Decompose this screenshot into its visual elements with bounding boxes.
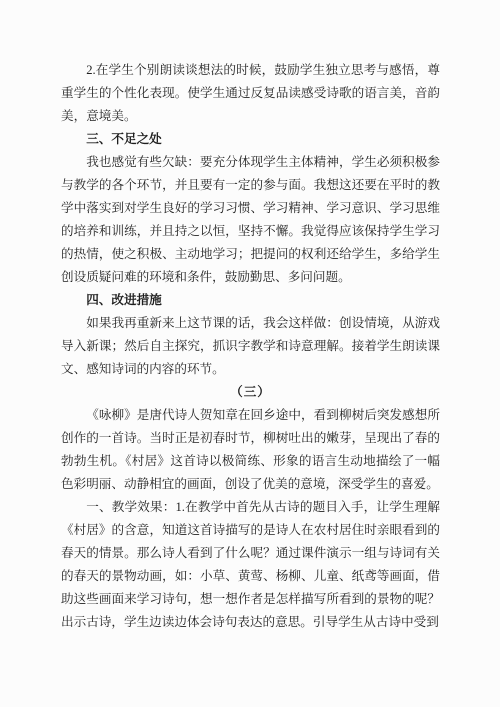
paragraph-improvements-body: 如果我再重新来上这节课的话，我会这样做：创设情境，从游戏导入新课；然后自主探究，… [61, 312, 440, 381]
document-page: 2.在学生个别朗读谈想法的时候，鼓励学生独立思考与感悟，尊重学生的个性化表现。使… [0, 0, 500, 707]
section-heading-shortcomings: 三、不足之处 [61, 128, 440, 151]
paragraph-yongliu-intro: 《咏柳》是唐代诗人贺知章在回乡途中，看到柳树后突发感想所创作的一首诗。当时正是初… [61, 404, 440, 496]
paragraph-reading-encouragement: 2.在学生个别朗读谈想法的时候，鼓励学生独立思考与感悟，尊重学生的个性化表现。使… [61, 59, 440, 128]
section-heading-improvements: 四、改进措施 [61, 289, 440, 312]
paragraph-teaching-effects: 一、教学效果：1.在教学中首先从古诗的题目入手，让学生理解《村居》的含意，知道这… [61, 496, 440, 634]
section-divider-three: （三） [61, 381, 440, 404]
document-content: 2.在学生个别朗读谈想法的时候，鼓励学生独立思考与感悟，尊重学生的个性化表现。使… [61, 59, 440, 634]
paragraph-shortcomings-body: 我也感觉有些欠缺：要充分体现学生主体精神，学生必须积极参与教学的各个环节，并且要… [61, 151, 440, 289]
